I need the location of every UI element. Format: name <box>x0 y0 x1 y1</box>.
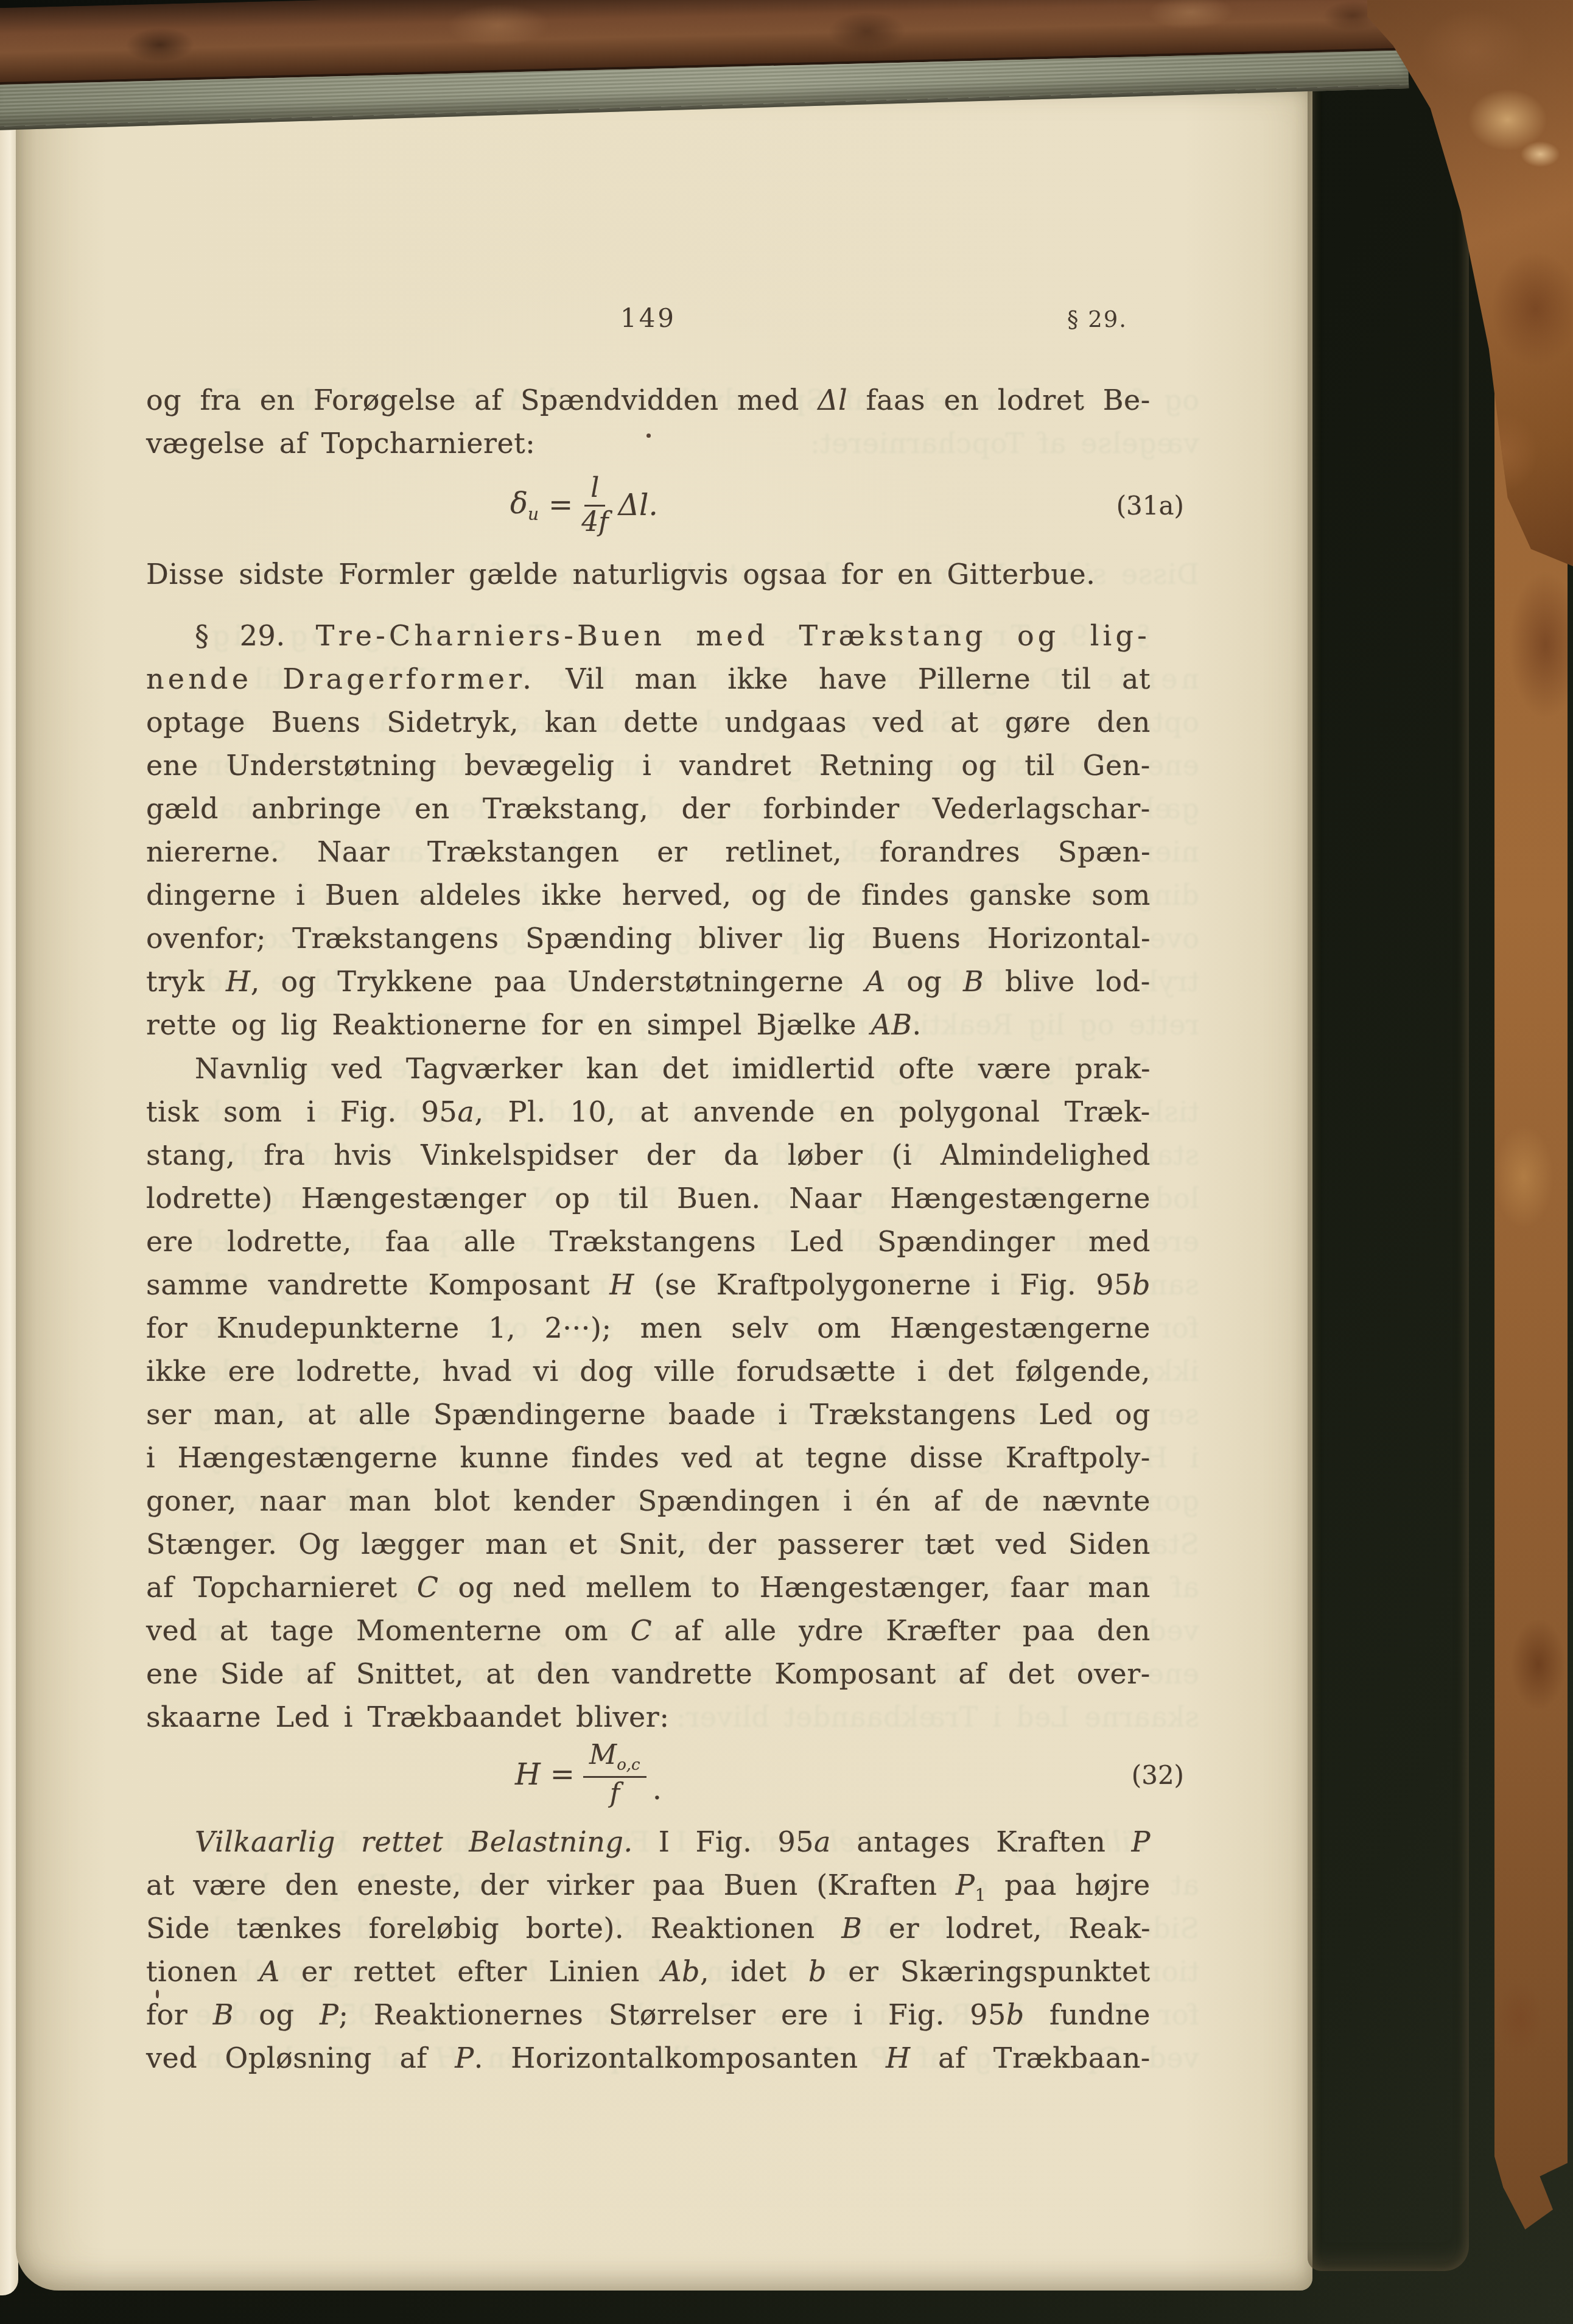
text-line: ved Opløsning af P. Horizontalkomposante… <box>146 2037 1151 2080</box>
text-line: ved at tage Momenterne om C af alle ydre… <box>146 1609 1151 1652</box>
delta-l-factor: Δl. <box>618 488 657 522</box>
text-line: optage Buens Sidetryk, kan dette undgaas… <box>146 701 1151 744</box>
text-line: ene Understøtning bevægelig i vandret Re… <box>146 744 1151 787</box>
text-line: Side tænkes foreløbig borte). Reaktionen… <box>146 1907 1151 1950</box>
text-line: ere lodrette, faa alle Trækstangens Led … <box>146 1220 1151 1263</box>
scanned-book-photo: { "header": { "page_number": "149", "sec… <box>0 0 1573 2324</box>
paragraph-section-29: § 29. Tre-Charniers-Buen med Trækstang o… <box>146 614 1151 1047</box>
paragraph: Disse sidste Formler gælde naturligvis o… <box>146 553 1151 596</box>
fraction-M-over-f: Mo,c f <box>583 1741 646 1808</box>
page-content: 149 § 29. og fra en Forøgelse af Spændvi… <box>0 0 1573 2324</box>
text-line: for Knudepunkterne 1, 2···); men selv om… <box>146 1307 1151 1350</box>
equation-31a-body: δu = l 4f Δl. <box>510 460 658 551</box>
equation-number-32: (32) <box>1132 1760 1184 1790</box>
text-line: lodrette) Hængestænger op til Buen. Naar… <box>146 1177 1151 1220</box>
text-line: goner, naar man blot kender Spændingen i… <box>146 1480 1151 1523</box>
H-term: H <box>515 1758 541 1792</box>
text-line: ser man, at alle Spændingerne baade i Tr… <box>146 1393 1151 1436</box>
paragraph: Navnlig ved Tagværker kan det imidlertid… <box>146 1047 1151 1739</box>
text-line: i Hængestængerne kunne findes ved at teg… <box>146 1436 1151 1480</box>
text-line: ikke ere lodrette, hvad vi dog ville for… <box>146 1350 1151 1393</box>
paragraph: og fra en Forøgelse af Spændvidden med Δ… <box>146 379 1151 465</box>
text-line: og fra en Forøgelse af Spændvidden med Δ… <box>146 379 1151 422</box>
delta-u-term: δu <box>510 486 539 524</box>
text-line: ovenfor; Trækstangens Spænding bliver li… <box>146 917 1151 960</box>
text-line: stang, fra hvis Vinkelspidser der da løb… <box>146 1134 1151 1177</box>
text-line: Disse sidste Formler gælde naturligvis o… <box>146 553 1151 596</box>
text-line: niererne. Naar Trækstangen er retlinet, … <box>146 830 1151 874</box>
text-line: gæld anbringe en Trækstang, der forbinde… <box>146 787 1151 830</box>
text-line: af Topcharnieret C og ned mellem to Hæng… <box>146 1566 1151 1609</box>
equation-31a: δu = l 4f Δl. (31a) <box>146 460 1151 551</box>
ink-speck <box>646 434 651 438</box>
fraction-l-over-4f: l 4f <box>581 474 608 536</box>
text-line: tisk som i Fig. 95a, Pl. 10, at anvende … <box>146 1090 1151 1134</box>
equation-32-body: H = Mo,c f . <box>515 1732 662 1817</box>
text-line: rette og lig Reaktionerne for en simpel … <box>146 1003 1151 1047</box>
text-line: Navnlig ved Tagværker kan det imidlertid… <box>146 1047 1151 1090</box>
paragraph: Vilkaarlig rettet Belastning. I Fig. 95a… <box>146 1820 1151 2080</box>
text-line: Stænger. Og lægger man et Snit, der pass… <box>146 1523 1151 1566</box>
body-text: og fra en Forøgelse af Spændvidden med Δ… <box>146 0 1151 2324</box>
text-line: § 29. Tre-Charniers-Buen med Trækstang o… <box>146 614 1151 658</box>
text-line: tionen A er rettet efter Linien Ab, idet… <box>146 1950 1151 1993</box>
text-line: vægelse af Topcharnieret: <box>146 422 1151 465</box>
text-line: tryk H, og Trykkene paa Understøtningern… <box>146 960 1151 1003</box>
text-line: Vilkaarlig rettet Belastning. I Fig. 95a… <box>146 1820 1151 1864</box>
text-line: samme vandrette Komposant H (se Kraftpol… <box>146 1263 1151 1307</box>
ink-speck <box>156 1990 159 1998</box>
equation-32: H = Mo,c f . (32) <box>146 1732 1151 1817</box>
text-line: nende Dragerformer. Vil man ikke have Pi… <box>146 658 1151 701</box>
equation-number-31a: (31a) <box>1116 491 1184 521</box>
text-line: at være den eneste, der virker paa Buen … <box>146 1864 1151 1907</box>
text-line: for B og P; Reaktionernes Størrelser ere… <box>146 1993 1151 2037</box>
text-line: ene Side af Snittet, at den vandrette Ko… <box>146 1652 1151 1696</box>
text-line: dingerne i Buen aldeles ikke herved, og … <box>146 874 1151 917</box>
